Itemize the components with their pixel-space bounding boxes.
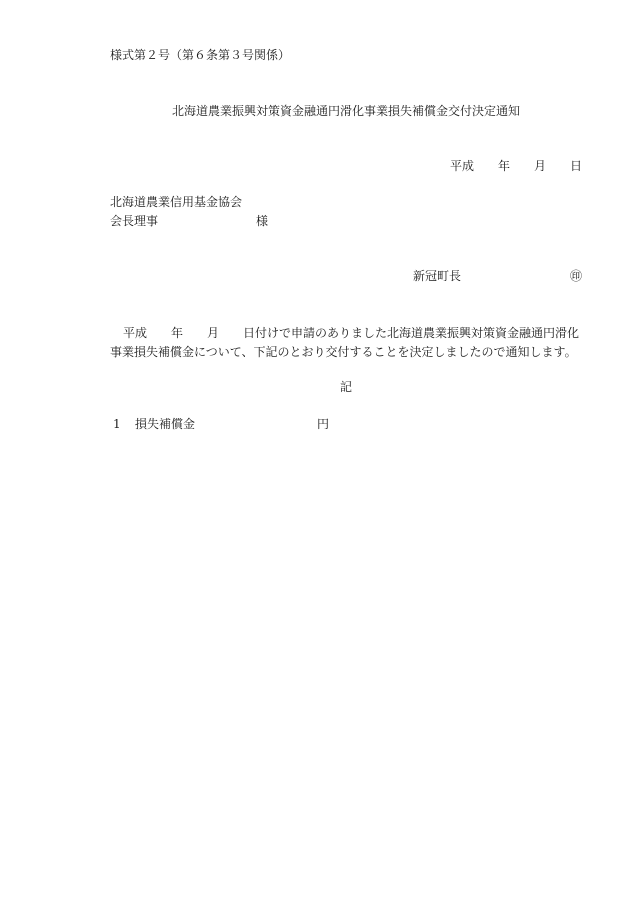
recipient-organization: 北海道農業信用基金協会 [110,195,242,209]
ki-heading: 記 [340,380,352,394]
date-era: 平成 [450,159,498,173]
recipient-title: 会長理事 [110,214,158,228]
body-line-1-rest: 日付けで申請のありました北海道農業振興対策資金融通円滑化 [243,326,579,340]
document-title: 北海道農業振興対策資金融通円滑化事業損失補償金交付決定通知 [172,104,520,118]
recipient-honorific: 様 [256,214,268,228]
body-era: 平成 [123,324,171,343]
body-year: 年 [171,324,207,343]
item-label: 損失補償金 [135,417,195,431]
item-number: 1 [113,417,121,431]
date-year: 年 [498,159,534,173]
body-line-1: 平成年月日付けで申請のありました北海道農業振興対策資金融通円滑化 [110,324,585,343]
body-month: 月 [207,324,243,343]
seal-mark: ㊞ [570,269,582,283]
date-day: 日 [570,159,582,173]
date-line: 平成年月日 [450,159,582,173]
form-number: 様式第２号（第６条第３号関係） [110,48,290,62]
item-unit: 円 [317,417,329,431]
body-line-2: 事業損失補償金について、下記のとおり交付することを決定しましたので通知します。 [110,343,585,362]
body-text: 平成年月日付けで申請のありました北海道農業振興対策資金融通円滑化 事業損失補償金… [110,324,585,362]
sender-name: 新冠町長 [413,269,461,283]
date-month: 月 [534,159,570,173]
